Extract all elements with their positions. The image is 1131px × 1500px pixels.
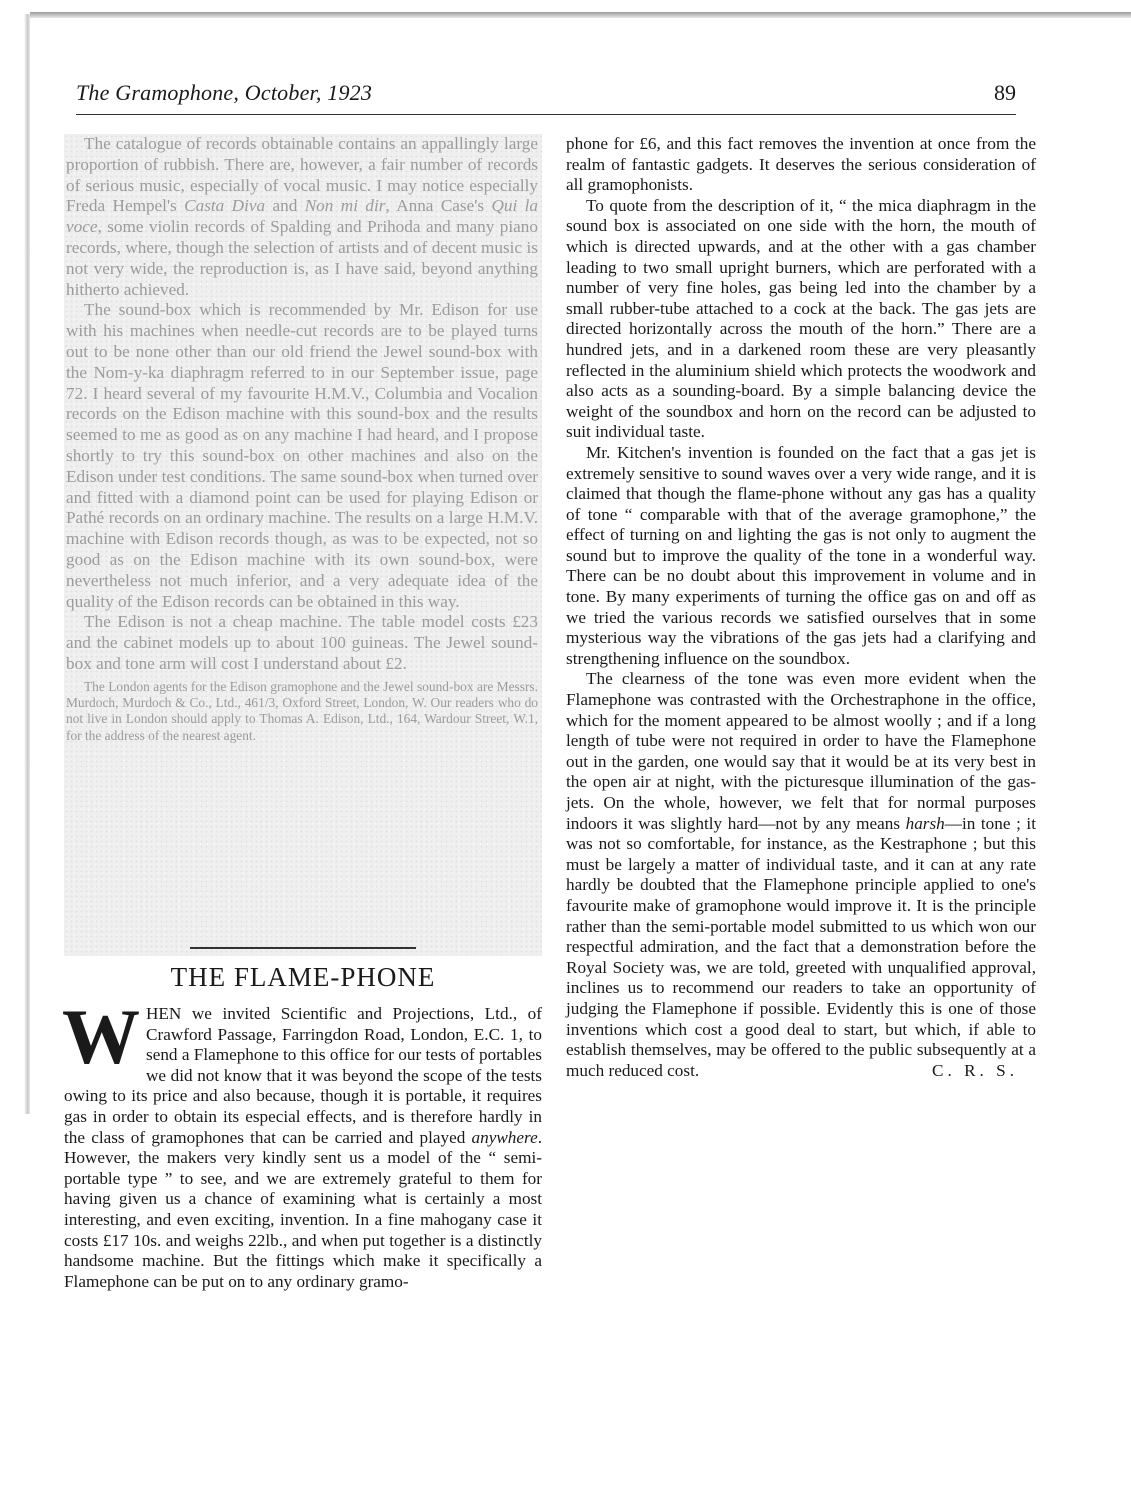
previous-article-paragraph: The sound-box which is recommended by Mr…: [64, 300, 542, 612]
article-right-column: phone for £6, and this fact removes the …: [566, 134, 1036, 1081]
agents-footnote: The London agents for the Edison gramoph…: [64, 679, 542, 744]
article-opening-paragraph: WHEN we invited Scientific and Projectio…: [64, 1004, 542, 1292]
article-paragraph: phone for £6, and this fact removes the …: [566, 134, 1036, 196]
previous-article-paragraph: The catalogue of records obtainable cont…: [64, 134, 542, 300]
italic-title: anywhere: [472, 1128, 538, 1147]
publication-title: The Gramophone, October, 1923: [76, 80, 372, 106]
article-paragraph: Mr. Kitchen's invention is founded on th…: [566, 443, 1036, 670]
previous-article-paragraph: The Edison is not a cheap machine. The t…: [64, 612, 542, 674]
italic-title: Casta Diva: [184, 196, 265, 215]
italic-title: Non mi dir: [305, 196, 386, 215]
previous-article-continuation: The catalogue of records obtainable cont…: [64, 134, 542, 956]
page-number: 89: [994, 80, 1016, 106]
scan-left-edge: [24, 14, 30, 1114]
running-header: The Gramophone, October, 1923 89: [76, 74, 1016, 115]
article-title: THE FLAME-PHONE: [64, 962, 542, 993]
article-paragraph: To quote from the description of it, “ t…: [566, 196, 1036, 443]
drop-cap: W: [62, 1006, 140, 1068]
section-divider: [190, 947, 416, 949]
scan-top-edge: [30, 12, 1131, 18]
italic-title: Qui la voce: [66, 196, 538, 236]
article-left-column: WHEN we invited Scientific and Projectio…: [64, 1004, 542, 1292]
italic-title: harsh: [906, 814, 945, 833]
article-paragraph: The clearness of the tone was even more …: [566, 669, 1036, 1081]
author-signature: C. R. S.: [912, 1061, 1018, 1082]
